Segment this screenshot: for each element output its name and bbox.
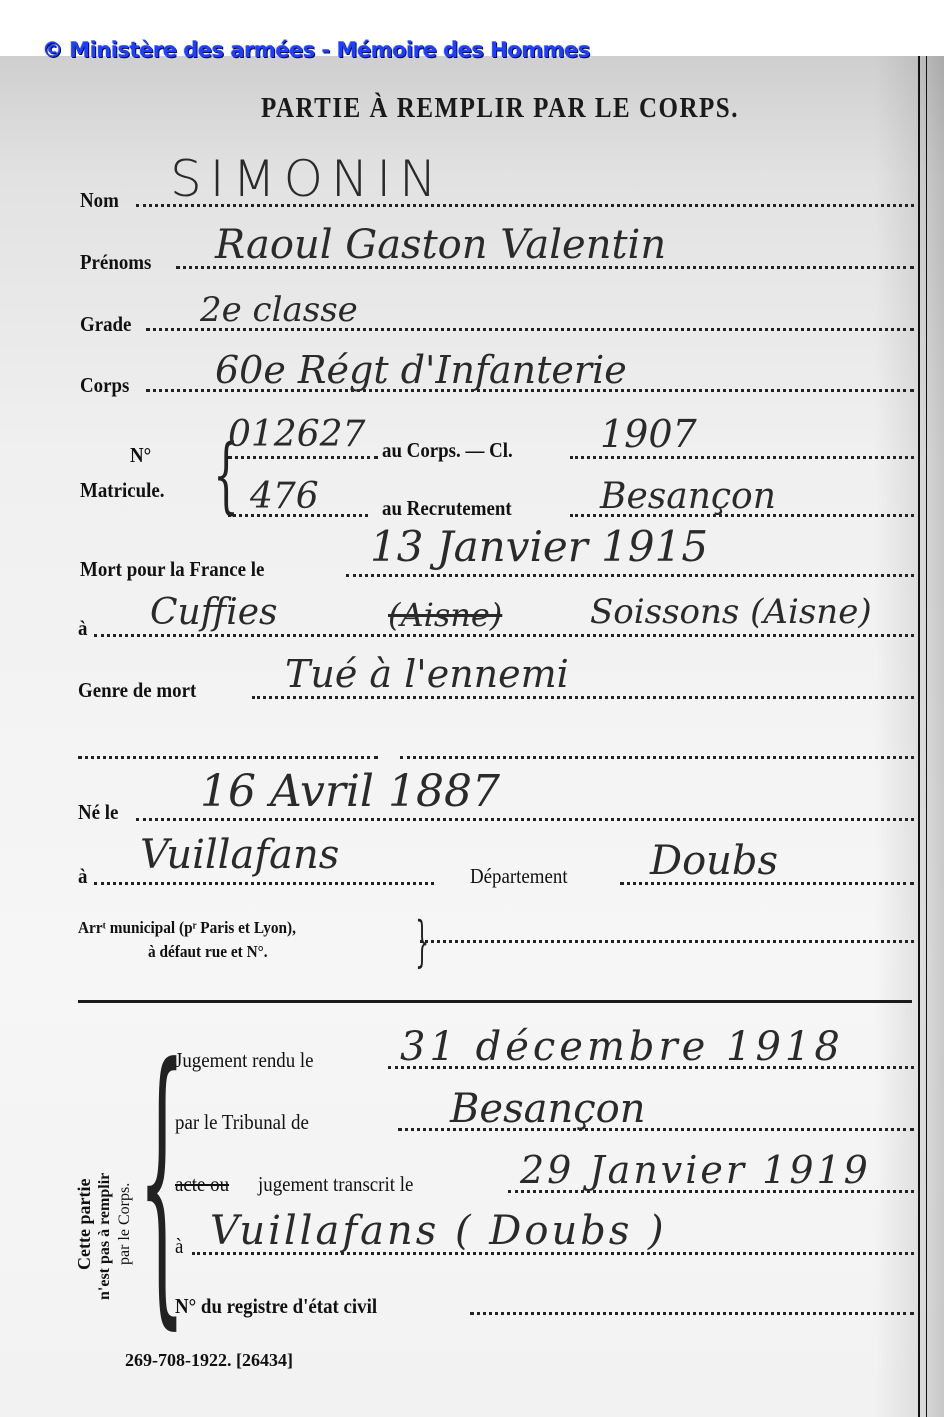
prenoms-value: Raoul Gaston Valentin [215,222,666,268]
lieu-mort-value-struck: (Aisne) [388,596,502,634]
au-corps-label: au Corps. — Cl. [382,438,513,463]
prenoms-label: Prénoms [80,250,151,275]
right-border-rule [918,56,920,1417]
departement-label: Département [470,864,568,889]
jugement-rendu-label: Jugement rendu le [175,1048,314,1073]
lieu-transcription-label: à [175,1234,183,1259]
lieu-mort-value-1: Cuffies [150,592,278,633]
section-divider [78,1000,912,1003]
arrondissement-label-2: à défaut rue et N°. [148,942,268,962]
lieu-mort-label: à [78,616,87,641]
ne-le-value: 16 Avril 1887 [200,766,500,817]
ne-le-line [136,818,914,821]
lieu-mort-line [94,634,914,637]
lieu-naissance-value: Vuillafans [140,832,339,878]
grade-label: Grade [80,312,131,337]
jugement-rendu-value: 31 décembre 1918 [400,1024,844,1070]
grade-value: 2e classe [200,290,358,330]
arrondissement-label-1: Arrᵗ municipal (pʳ Paris et Lyon), [78,918,296,938]
classe-line [570,456,914,459]
blank-line-left [78,756,378,759]
transcrit-label: jugement transcrit le [258,1172,413,1197]
matricule-corps-number: 012627 [228,414,365,455]
copyright-watermark: © Ministère des armées - Mémoire des Hom… [42,38,590,62]
matricule-recrutement-number: 476 [250,476,319,517]
registre-label: N° du registre d'état civil [175,1294,377,1319]
au-recrutement-label: au Recrutement [382,496,512,521]
right-border-rule-inner [926,56,927,1417]
genre-mort-value: Tué à l'ennemi [285,652,569,696]
blank-line-right [400,756,914,759]
lieu-naissance-label: à [78,864,87,889]
ne-le-label: Né le [78,800,118,825]
matricule-corps-line [228,456,378,459]
matricule-label: Matricule. [80,478,164,503]
nom-value: SIMONIN [170,150,445,208]
side-note-line-1: Cette partie [74,1179,95,1270]
classe-value: 1907 [600,412,697,456]
lieu-naissance-line [94,882,434,885]
side-note-line-2: n'est pas à remplir [96,1173,114,1300]
arrondissement-line [420,940,914,943]
corps-value: 60e Régt d'Infanterie [215,348,627,392]
departement-value: Doubs [650,838,778,884]
tribunal-value: Besançon [450,1086,645,1132]
form-title: PARTIE À REMPLIR PAR LE CORPS. [0,93,944,125]
lieu-mort-value-2: Soissons (Aisne) [590,592,872,632]
acte-ou-struck-label: acte ou [175,1172,229,1197]
corps-label: Corps [80,373,129,398]
recrutement-value: Besançon [600,476,776,517]
genre-mort-line [252,696,914,699]
nom-label: Nom [80,188,119,213]
mort-value: 13 Janvier 1915 [370,522,708,571]
tribunal-label: par le Tribunal de [175,1110,309,1135]
lieu-transcription-value: Vuillafans ( Doubs ) [210,1208,667,1254]
mort-line [346,574,914,577]
matricule-no-label: N° [130,443,151,468]
genre-mort-label: Genre de mort [78,678,196,703]
registre-line [470,1312,914,1315]
transcrit-value: 29 Janvier 1919 [520,1148,871,1192]
mort-label: Mort pour la France le [80,557,264,582]
side-note-line-3: par le Corps. [116,1183,134,1265]
print-reference: 269-708-1922. [26434] [125,1350,293,1371]
